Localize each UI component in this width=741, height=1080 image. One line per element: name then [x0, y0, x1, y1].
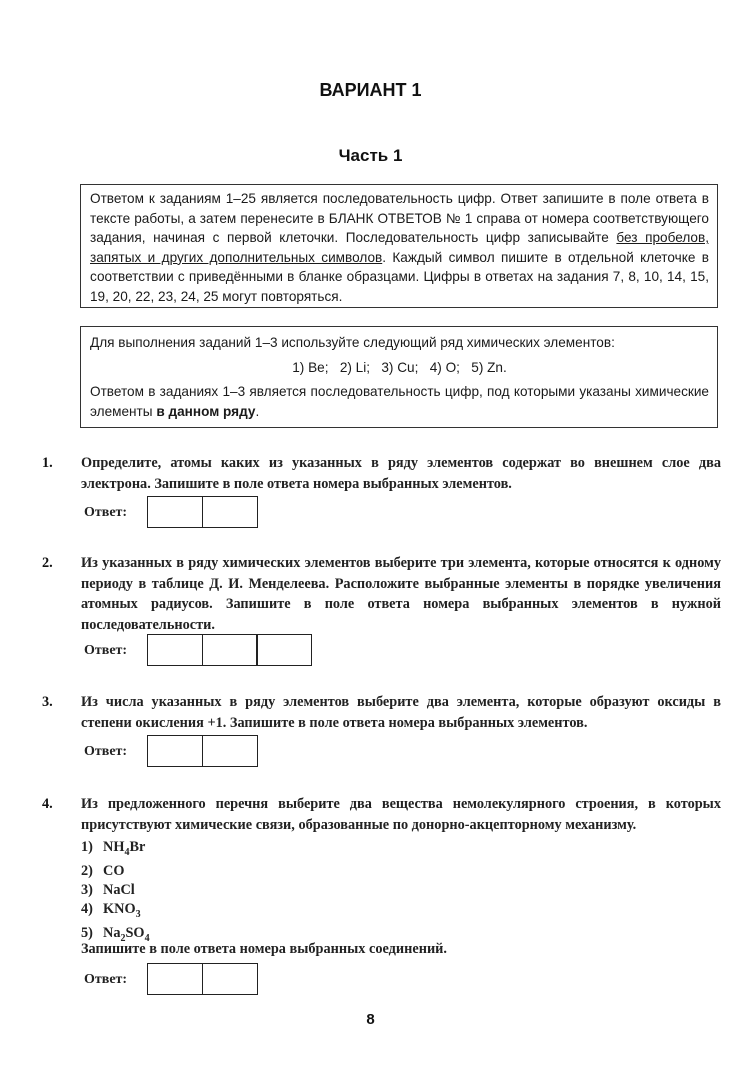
task-4-instruction: Запишите в поле ответа номера выбранных … [81, 940, 447, 959]
elements-note: Ответом в заданиях 1–3 является последов… [90, 382, 709, 421]
answer-cell[interactable] [147, 735, 203, 767]
answer-cells-4 [147, 963, 258, 995]
elements-box: Для выполнения заданий 1–3 используйте с… [80, 326, 718, 428]
elements-intro: Для выполнения заданий 1–3 используйте с… [90, 333, 709, 353]
task-number: 4. [42, 794, 53, 815]
answer-label: Ответ: [84, 972, 127, 988]
task-text: Из указанных в ряду химических элементов… [81, 553, 721, 635]
answer-cells-1 [147, 496, 258, 528]
part-title: Часть 1 [0, 146, 741, 166]
variant-title: ВАРИАНТ 1 [0, 80, 741, 101]
answer-cell[interactable] [147, 963, 203, 995]
task-number: 2. [42, 553, 53, 574]
answer-cell[interactable] [147, 634, 203, 666]
option-item: 1)NH4Br [81, 838, 150, 862]
task-text: Из числа указанных в ряду элементов выбе… [81, 692, 721, 733]
option-item: 2)CO [81, 862, 150, 881]
answer-cells-3 [147, 735, 258, 767]
task-text: Из предложенного перечня выберите два ве… [81, 794, 721, 835]
option-item: 4)KNO3 [81, 900, 150, 924]
answer-label: Ответ: [84, 643, 127, 659]
task-number: 3. [42, 692, 53, 713]
task-4-options: 1)NH4Br2)CO3)NaCl4)KNO35)Na2SO4 [81, 838, 150, 948]
answer-cell[interactable] [256, 634, 312, 666]
answer-cell[interactable] [202, 496, 258, 528]
elements-list: 1) Be; 2) Li; 3) Cu; 4) O; 5) Zn. [90, 358, 709, 378]
answer-cell[interactable] [147, 496, 203, 528]
option-item: 3)NaCl [81, 881, 150, 900]
answer-label: Ответ: [84, 744, 127, 760]
answer-label: Ответ: [84, 505, 127, 521]
answer-cell[interactable] [202, 963, 258, 995]
task-number: 1. [42, 453, 53, 474]
instructions-box: Ответом к заданиям 1–25 является последо… [80, 184, 718, 308]
page-number: 8 [0, 1011, 741, 1028]
task-text: Определите, атомы каких из указанных в р… [81, 453, 721, 494]
answer-cells-2 [147, 634, 312, 666]
answer-cell[interactable] [202, 634, 258, 666]
answer-cell[interactable] [202, 735, 258, 767]
